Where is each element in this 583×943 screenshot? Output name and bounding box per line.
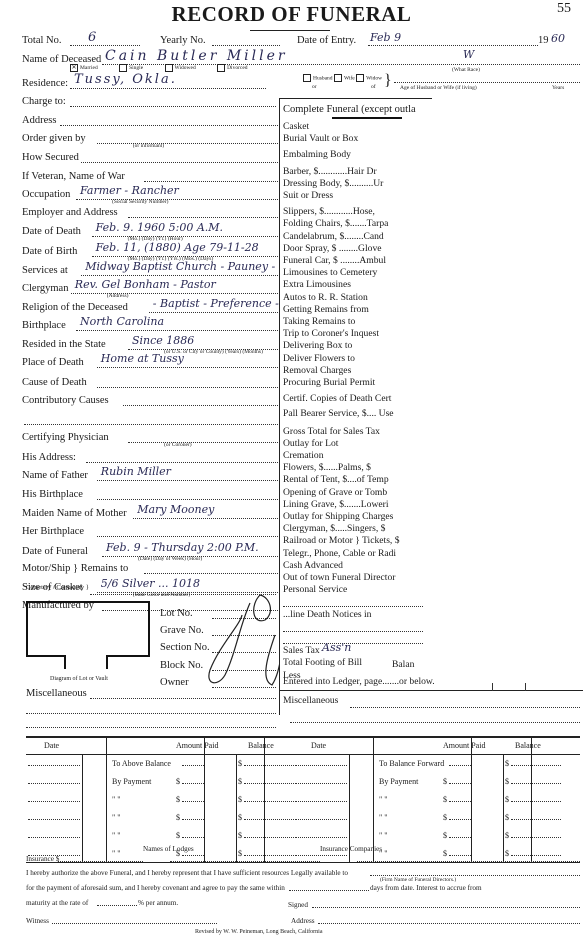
ledger-header-2: Amount Paid (176, 741, 218, 750)
residence-value: Tussy, Okla. (74, 72, 177, 87)
charge-line-item[interactable]: Lining Grave, $.......Loweri (283, 499, 389, 510)
witness-field[interactable] (52, 915, 217, 924)
charge-line-item[interactable]: Folding Chairs, $.......Tarpa (283, 218, 388, 229)
balance-cell[interactable] (244, 829, 294, 838)
currency-symbol: $ (505, 813, 509, 822)
tick-mark (525, 683, 526, 691)
balance-cell[interactable] (244, 757, 294, 766)
currency-symbol: $ (443, 777, 447, 786)
currency-symbol: $ (176, 795, 180, 804)
field-label: Date of Birth (22, 246, 77, 257)
revised-text: Revised by W. W. Peineman, Long Beach, C… (195, 929, 322, 935)
signed-field[interactable] (312, 899, 580, 908)
field-label: His Birthplace (22, 489, 83, 500)
currency-symbol: $ (443, 831, 447, 840)
field-input[interactable] (123, 395, 278, 406)
charge-line-item[interactable]: Slippers, $............Hose, (283, 206, 375, 217)
charge-line-item[interactable]: Delivering Box to (283, 340, 352, 351)
interest-rate-field[interactable] (97, 897, 137, 906)
field-label: Employer and Address (22, 207, 118, 218)
field-caption: (Social Security Number) (112, 199, 169, 205)
amount-paid-cell[interactable] (449, 757, 471, 766)
panel-divider-ext (431, 690, 583, 691)
charge-line-item[interactable] (283, 633, 423, 644)
miscellaneous-label: Miscellaneous (26, 688, 87, 699)
yearly-no-label: Yearly No. (160, 35, 206, 46)
ledger-column-rule (82, 754, 83, 862)
ledger-date-cell[interactable] (295, 793, 347, 802)
field-input[interactable] (97, 377, 278, 388)
charge-line-item[interactable]: Clergyman, $.....Singers, $ (283, 523, 385, 534)
charge-line-item[interactable]: Barber, $............Hair Dr (283, 166, 377, 177)
ledger-column-rule (106, 736, 107, 862)
miscellaneous-field-3[interactable] (26, 717, 276, 728)
field-label: Clergyman (22, 283, 68, 294)
lot-diagram-base-right (106, 655, 148, 657)
ledger-column-rule (236, 754, 237, 862)
currency-symbol: $ (505, 759, 509, 768)
amount-paid-cell[interactable] (182, 811, 204, 820)
ledger-header-3: Balance (515, 741, 541, 750)
field-value: Mary Mooney (137, 503, 214, 516)
ledger-description: " " (379, 813, 388, 822)
marital-single[interactable]: Single (119, 65, 143, 71)
checkbox-icon[interactable] (303, 74, 311, 82)
marital-status-group: ✕Married Single Widowed Divorced (70, 64, 248, 72)
currency-symbol: $ (238, 831, 242, 840)
field-label: Address (22, 115, 56, 126)
panel-heading: Complete Funeral (except outla (283, 104, 416, 115)
currency-symbol: $ (238, 813, 242, 822)
amount-paid-cell[interactable] (449, 811, 471, 820)
heading-underline (332, 117, 402, 119)
checkbox-icon[interactable] (217, 64, 225, 72)
currency-symbol: $ (238, 759, 242, 768)
currency-symbol: $ (443, 813, 447, 822)
total-no-label: Total No. (22, 35, 62, 46)
field-caption: (Address) (107, 293, 129, 299)
maturity-text: maturity at the rate of (26, 899, 88, 907)
charge-line-item[interactable]: ...line Death Notices in (283, 609, 371, 620)
balance-cell[interactable] (244, 775, 294, 784)
percent-text: % per annum. (138, 899, 178, 907)
balance-cell[interactable] (511, 775, 561, 784)
checkbox-icon[interactable] (165, 64, 173, 72)
charge-line-item[interactable]: Autos to R. R. Station (283, 292, 368, 303)
field-label: Order given by (22, 133, 86, 144)
currency-symbol: $ (505, 777, 509, 786)
field-label: Date of Funeral (22, 546, 88, 557)
ledger-date-cell[interactable] (295, 811, 347, 820)
charge-line-item[interactable]: Pall Bearer Service, $.... Use (283, 408, 394, 419)
page-number: 55 (557, 1, 571, 17)
amount-paid-cell[interactable] (449, 793, 471, 802)
field-input[interactable] (144, 563, 278, 574)
total-no-field[interactable] (70, 35, 140, 46)
ledger-date-cell[interactable] (295, 829, 347, 838)
field-label: Birthplace (22, 320, 66, 331)
charge-line-item[interactable]: Personal Service (283, 584, 347, 595)
witness-label: Witness (26, 917, 49, 925)
ledger-header-rule (26, 754, 580, 755)
charge-line-item[interactable]: Cremation (283, 450, 324, 461)
field-label: Her Birthplace (22, 526, 84, 537)
marital-widowed[interactable]: Widowed (165, 65, 196, 71)
yearly-no-field[interactable] (212, 35, 280, 46)
ledger-description: " " (379, 795, 388, 804)
currency-symbol: $ (238, 777, 242, 786)
field-input[interactable] (144, 171, 278, 182)
balance-cell[interactable] (511, 829, 561, 838)
charge-line-item[interactable]: Out of town Funeral Director (283, 572, 395, 583)
charge-to-field[interactable] (70, 96, 276, 107)
field-label: Date of Death (22, 226, 81, 237)
charge-line-item[interactable] (283, 596, 423, 607)
ledger-date-cell[interactable] (28, 775, 80, 784)
currency-symbol: $ (238, 795, 242, 804)
currency-symbol: $ (176, 777, 180, 786)
spouse-of: of (371, 84, 376, 90)
field-value: Feb. 11, (1880) Age 79-11-28 (96, 241, 259, 254)
ledger-description: By Payment (112, 777, 151, 786)
lot-diagram-caption: Diagram of Lot or Vault (50, 676, 108, 682)
field-label: How Secured (22, 152, 79, 163)
cemetery-crematory-label: Cemetery / Crematory } (26, 584, 89, 591)
field-value: North Carolina (80, 315, 164, 328)
charge-line-item[interactable]: Embalming Body (283, 149, 351, 160)
spouse-or: or (312, 84, 317, 90)
panel-misc-label: Miscellaneous (283, 695, 338, 706)
ledger-description: " " (379, 831, 388, 840)
charge-line-item[interactable]: Railroad or Motor } Tickets, $ (283, 535, 400, 546)
balance-cell[interactable] (511, 757, 561, 766)
field-label: Religion of the Deceased (22, 302, 128, 313)
ledger-date-cell[interactable] (28, 793, 80, 802)
amount-paid-cell[interactable] (182, 829, 204, 838)
page-title: RECORD OF FUNERAL (0, 2, 583, 27)
field-label: Cause of Death (22, 377, 87, 388)
insurance-label: Insurance $ (26, 855, 59, 863)
title-underline (250, 30, 330, 31)
ledger-date-cell[interactable] (28, 757, 80, 766)
name-of-deceased-value: Cain Butler Miller (105, 48, 288, 64)
total-no-value: 6 (88, 30, 96, 45)
payment-text: for the payment of aforesaid sum, and I … (26, 884, 285, 892)
field-input[interactable] (128, 207, 278, 218)
field-input[interactable] (60, 115, 278, 126)
field-input[interactable] (81, 152, 278, 163)
lot-diagram-box (26, 601, 150, 657)
field-value: Farmer - Rancher (80, 184, 179, 197)
ledger-description: To Balance Forward (379, 759, 444, 768)
checkbox-icon[interactable] (119, 64, 127, 72)
field-caption: (or Coroner) (164, 442, 192, 448)
charge-line-item[interactable]: Rental of Tent, $....of Temp (283, 474, 389, 485)
field-value: Home at Tussy (101, 352, 184, 365)
charge-line-item[interactable]: Burial Vault or Box (283, 133, 358, 144)
field-input[interactable] (86, 452, 278, 463)
field-label: Maiden Name of Mother (22, 508, 127, 519)
field-value: Midway Baptist Church - Pauney - Tussy (85, 260, 310, 273)
charge-line-item[interactable]: Certif. Copies of Death Cert (283, 393, 391, 404)
charge-line-item[interactable]: Cash Advanced (283, 560, 343, 571)
lodges-label: Names of Lodges (143, 845, 194, 853)
brace-icon: } (384, 72, 392, 90)
spouse-options: Husband Wife Widow (303, 74, 382, 82)
charge-line-item[interactable]: Outlay for Shipping Charges (283, 511, 393, 522)
ledger-column-rule (503, 754, 504, 862)
charge-line-item[interactable]: Candelabrum, $........Cand (283, 231, 384, 242)
field-label: Services at (22, 265, 68, 276)
amount-paid-cell[interactable] (449, 829, 471, 838)
charge-line-item[interactable]: Procuring Burial Permit (283, 377, 375, 388)
balance-label: Balan (392, 659, 414, 670)
ledger-date-cell[interactable] (295, 775, 347, 784)
balance-cell[interactable] (511, 793, 561, 802)
ledger-column-rule (373, 736, 374, 862)
spouse-name-field[interactable] (394, 72, 580, 83)
checkbox-icon[interactable] (356, 74, 364, 82)
years-label: Years (552, 85, 564, 91)
field-value: Feb. 9 - Thursday 2:00 P.M. (106, 541, 259, 554)
panel-misc-field[interactable] (350, 697, 580, 708)
checkbox-checked-icon[interactable]: ✕ (70, 64, 78, 72)
field-input[interactable] (97, 489, 278, 500)
ledger-column-rule (471, 736, 472, 862)
charge-line-item[interactable]: Limousines to Cemetery (283, 267, 377, 278)
lodges-field[interactable] (170, 853, 320, 862)
lot-diagram-post-right (106, 655, 108, 669)
field-label: Contributory Causes (22, 395, 109, 406)
charge-line-item[interactable]: Extra Limousines (283, 279, 351, 290)
ledger-column-rule (204, 736, 205, 862)
amount-paid-cell[interactable] (182, 775, 204, 784)
year-prefix: 19 (538, 35, 549, 46)
residence-label: Residence: (22, 78, 68, 89)
charge-line-item[interactable]: Taking Remains to (283, 316, 355, 327)
field-value: Feb. 9. 1960 5:00 A.M. (96, 221, 223, 234)
amount-paid-cell[interactable] (182, 793, 204, 802)
lot-diagram-base-left (26, 655, 66, 657)
field-input[interactable] (24, 414, 278, 425)
charge-line-item[interactable]: Deliver Flowers to (283, 353, 355, 364)
insurance-field[interactable] (58, 853, 143, 862)
charge-line-item[interactable]: Total Footing of Bill (283, 657, 362, 668)
ledger-header-0: Date (44, 741, 59, 750)
miscellaneous-field-2[interactable] (26, 703, 276, 714)
age-spouse-caption: Age of Husband or Wife (if living) (400, 85, 477, 91)
date-of-entry-label: Date of Entry. (297, 35, 356, 46)
race-value: W (463, 48, 474, 61)
amount-paid-cell[interactable] (182, 757, 204, 766)
ledger-description: " " (112, 813, 121, 822)
days-text: days from date. Interest to accrue from (370, 884, 482, 892)
charge-line-item[interactable]: Getting Remains from (283, 304, 369, 315)
charge-line-item[interactable] (283, 621, 423, 632)
balance-cell[interactable] (244, 811, 294, 820)
field-value: Since 1886 (132, 334, 194, 347)
signed-label: Signed (288, 901, 308, 909)
ledger-bottom-rule (26, 862, 580, 863)
days-field[interactable] (289, 882, 369, 891)
field-label: Place of Death (22, 357, 84, 368)
field-label: Occupation (22, 189, 70, 200)
currency-symbol: $ (505, 795, 509, 804)
currency-symbol: $ (176, 813, 180, 822)
date-of-entry-value: Feb 9 (370, 31, 401, 44)
balance-cell[interactable] (511, 811, 561, 820)
checkbox-icon[interactable] (334, 74, 342, 82)
charge-line-item[interactable]: Casket (283, 121, 309, 132)
field-label: Certifying Physician (22, 432, 109, 443)
ledger-description: By Payment (379, 777, 418, 786)
charge-to-label: Charge to: (22, 96, 66, 107)
ledger-top-rule (26, 736, 580, 738)
charge-line-item[interactable]: Dressing Body, $..........Ur (283, 178, 383, 189)
charge-line-item[interactable]: Sales Tax (283, 645, 320, 656)
ledger-description: To Above Balance (112, 759, 171, 768)
field-input[interactable] (97, 526, 278, 537)
currency-symbol: $ (176, 831, 180, 840)
field-label: Resided in the State (22, 339, 106, 350)
marital-divorced[interactable]: Divorced (217, 65, 247, 71)
field-value: Rev. Gel Bonham - Pastor (75, 278, 216, 291)
charge-line-item[interactable]: Removal Charges (283, 365, 351, 376)
tick-mark (492, 683, 493, 691)
funeral-charges-panel: Complete Funeral (except outla CasketBur… (279, 98, 432, 715)
charge-line-item[interactable]: Gross Total for Sales Tax (283, 426, 380, 437)
field-label: Motor/Ship } Remains to (22, 563, 128, 574)
balance-cell[interactable] (244, 793, 294, 802)
field-label: If Veteran, Name of War (22, 171, 125, 182)
ledger-description: " " (112, 795, 121, 804)
amount-paid-cell[interactable] (449, 775, 471, 784)
firm-caption: (Firm Name of Funeral Directors.) (380, 877, 456, 883)
ledger-date-cell[interactable] (28, 811, 80, 820)
field-input[interactable] (128, 432, 278, 443)
field-value: - Baptist - Preference - (153, 297, 279, 310)
year-suffix: 60 (551, 32, 565, 45)
panel-divider (280, 690, 432, 691)
currency-symbol: $ (505, 831, 509, 840)
address-label: Address (291, 917, 315, 925)
firm-name-field[interactable] (370, 867, 580, 876)
charge-line-item[interactable]: Trip to Coroner's Inquest (283, 328, 379, 339)
field-caption: (or informant) (133, 143, 164, 149)
ledger-header-0: Date (311, 741, 326, 750)
authorize-text: I hereby authorize the above Funeral, an… (26, 869, 348, 877)
field-label: Name of Father (22, 470, 88, 481)
marital-married[interactable]: ✕Married (70, 65, 98, 71)
address-field[interactable] (318, 915, 580, 924)
ledger-date-cell[interactable] (295, 757, 347, 766)
charge-line-item[interactable]: Door Spray, $ ........Glove (283, 243, 382, 254)
field-label: His Address: (22, 452, 76, 463)
ledger-date-cell[interactable] (28, 829, 80, 838)
companies-field[interactable] (357, 853, 580, 862)
charge-line-item[interactable]: Suit or Dress (283, 190, 333, 201)
charge-line-item[interactable]: Outlay for Lot (283, 438, 338, 449)
lot-diagram-post-left (64, 655, 66, 669)
panel-misc-field-2[interactable] (290, 712, 580, 723)
ledger-header-3: Balance (248, 741, 274, 750)
field-caption: (Date) (Day of Week) (Hour) (138, 556, 202, 562)
ledger-description: " " (112, 831, 121, 840)
companies-label: Insurance Companies (320, 845, 382, 853)
charge-line-item[interactable]: Flowers, $......Palms, $ (283, 462, 371, 473)
charge-line-item[interactable]: Opening of Grave or Tomb (283, 487, 387, 498)
field-value: Rubin Miller (101, 465, 171, 478)
currency-symbol: $ (443, 795, 447, 804)
field-input[interactable] (97, 133, 278, 144)
charge-line-item[interactable]: Funeral Car, $ ........Ambul (283, 255, 386, 266)
less-value: Ass'n (322, 641, 351, 654)
charge-line-item[interactable]: Telegr., Phone, Cable or Radi (283, 548, 396, 559)
ledger-entry-label: Entered into Ledger, page.......or below… (283, 676, 435, 687)
ledger-header-2: Amount Paid (443, 741, 485, 750)
